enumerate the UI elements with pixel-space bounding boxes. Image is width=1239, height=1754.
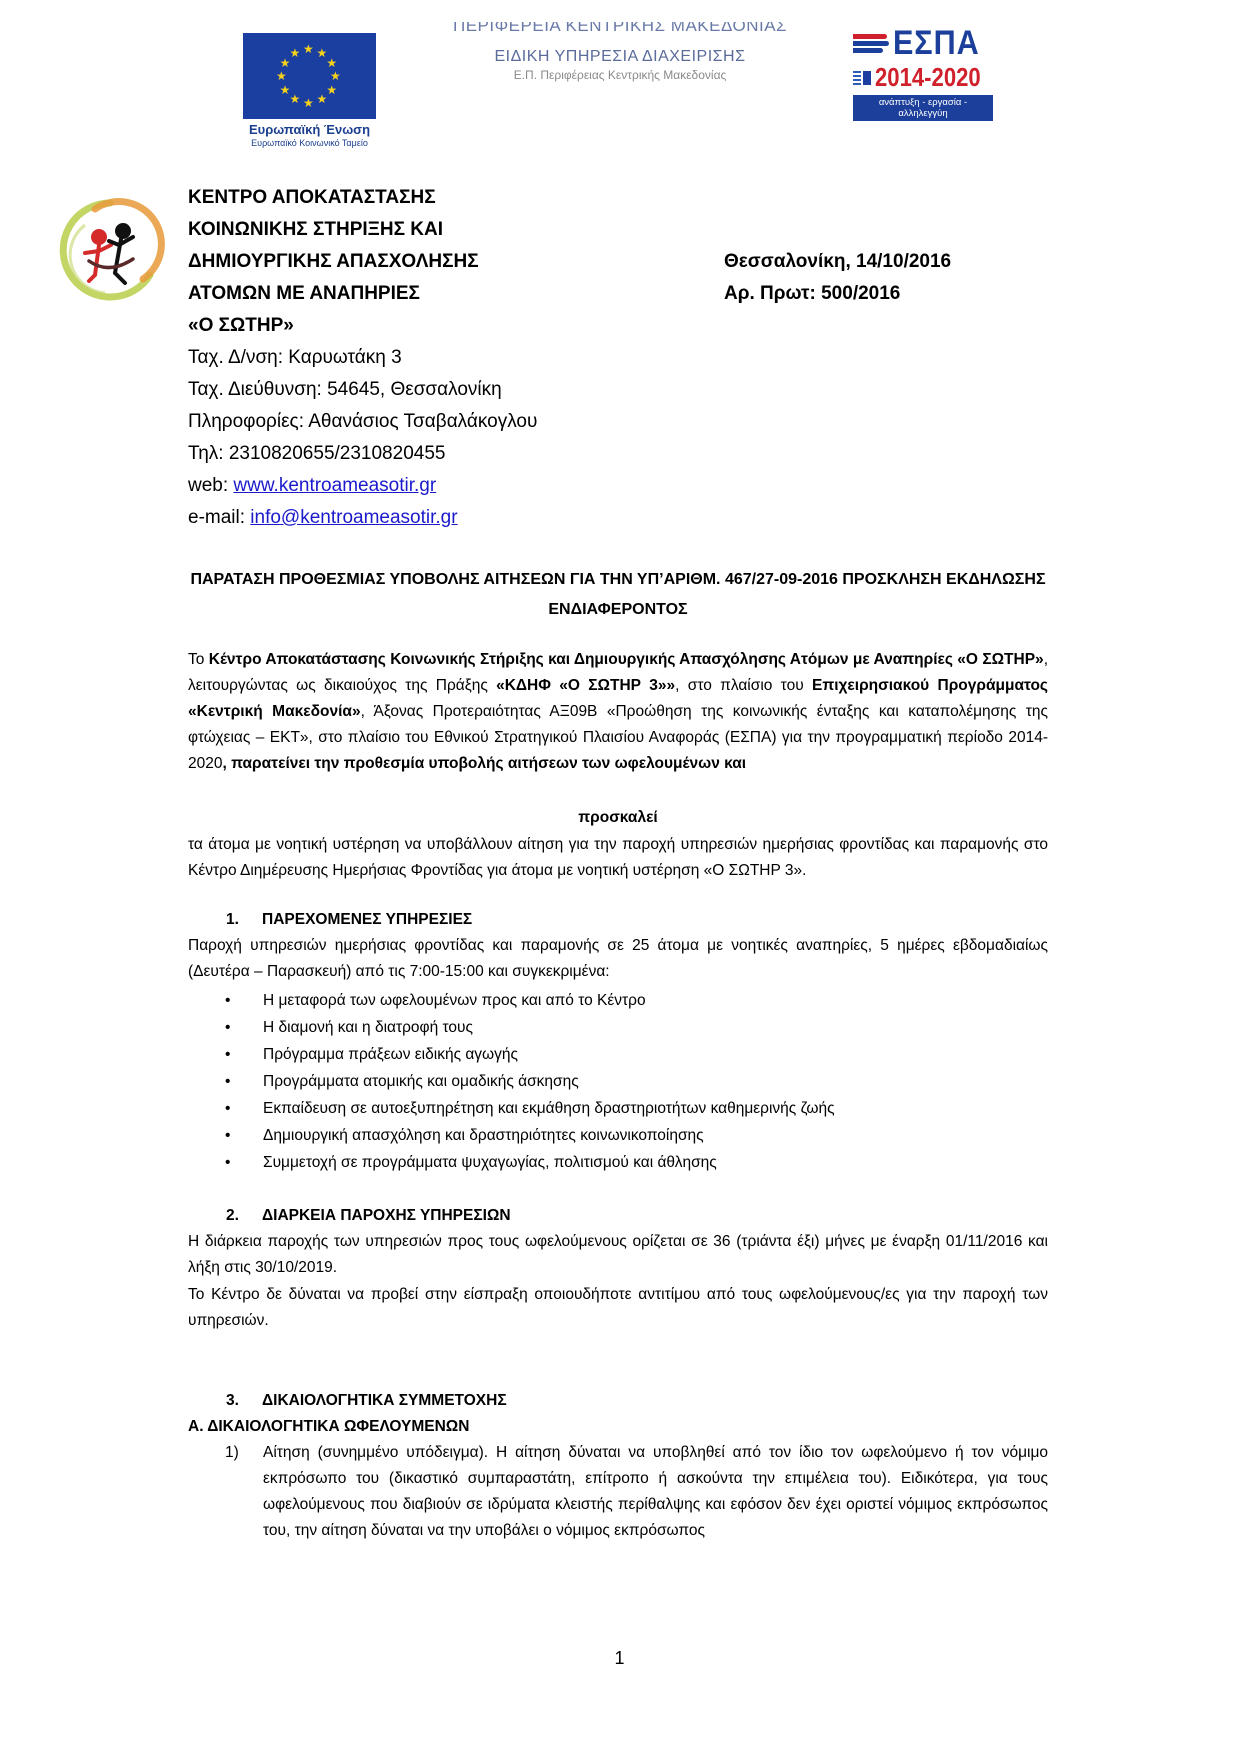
section-1-text: Παροχή υπηρεσιών ημερήσιας φροντίδας και… bbox=[188, 933, 1048, 985]
web-label: web: bbox=[188, 475, 233, 496]
list-item: •Εκπαίδευση σε αυτοεξυπηρέτηση και εκμάθ… bbox=[225, 1095, 1045, 1122]
list-item-text: Εκπαίδευση σε αυτοεξυπηρέτηση και εκμάθη… bbox=[263, 1100, 835, 1117]
section-number: 2. bbox=[188, 1203, 262, 1229]
section-title: ΠΑΡΕΧΟΜΕΝΕΣ ΥΠΗΡΕΣΙΕΣ bbox=[262, 911, 472, 928]
section-1-heading: 1.ΠΑΡΕΧΟΜΕΝΕΣ ΥΠΗΡΕΣΙΕΣ bbox=[188, 907, 1048, 933]
region-top-line: ΠΕΡΙΦΕΡΕΙΑ ΚΕΝΤΡΙΚΗΣ ΜΑΚΕΔΟΝΙΑΣ bbox=[430, 22, 810, 36]
page-number: 1 bbox=[0, 1648, 1239, 1669]
list-item-text: Η μεταφορά των ωφελουμένων προς και από … bbox=[263, 992, 646, 1009]
item-text: Αίτηση (συνημμένο υπόδειγμα). Η αίτηση δ… bbox=[263, 1440, 1048, 1544]
intro-text: Το bbox=[188, 651, 209, 668]
invite-word: προσκαλεί bbox=[188, 805, 1048, 831]
org-name-line: ΔΗΜΙΟΥΡΓΙΚΗΣ ΑΠΑΣΧΟΛΗΣΗΣ bbox=[188, 246, 537, 278]
bullet-icon: • bbox=[225, 1014, 230, 1041]
star-icon: ★ bbox=[326, 57, 337, 69]
services-list: •Η μεταφορά των ωφελουμένων προς και από… bbox=[225, 987, 1045, 1176]
star-icon: ★ bbox=[280, 84, 291, 96]
espa-title: ΕΣΠΑ bbox=[893, 24, 980, 63]
section-2-text: Η διάρκεια παροχής των υπηρεσιών προς το… bbox=[188, 1229, 1048, 1281]
org-phone: Τηλ: 2310820655/2310820455 bbox=[188, 438, 537, 470]
intro-project-name: «ΚΔΗΦ «Ο ΣΩΤΗΡ 3»» bbox=[496, 677, 675, 694]
list-item: •Η διαμονή και η διατροφή τους bbox=[225, 1014, 1045, 1041]
invite-text: τα άτομα με νοητική υστέρηση να υποβάλλο… bbox=[188, 832, 1048, 884]
eu-logo: ★★★★★★★★★★★★ Ευρωπαϊκή Ένωση Ευρωπαϊκό Κ… bbox=[243, 33, 376, 148]
star-icon: ★ bbox=[326, 84, 337, 96]
org-postal: Ταχ. Διεύθυνση: 54645, Θεσσαλονίκη bbox=[188, 374, 537, 406]
intro-extension-statement: , παρατείνει την προθεσμία υποβολής αιτή… bbox=[222, 755, 746, 772]
section-2-heading: 2.ΔΙΑΡΚΕΙΑ ΠΑΡΟΧΗΣ ΥΠΗΡΕΣΙΩΝ bbox=[188, 1203, 1048, 1229]
intro-paragraph: Το Κέντρο Αποκατάστασης Κοινωνικής Στήρι… bbox=[188, 647, 1048, 777]
bullet-icon: • bbox=[225, 1122, 230, 1149]
list-item-text: Συμμετοχή σε προγράμματα ψυχαγωγίας, πολ… bbox=[263, 1154, 717, 1171]
organization-logo-icon bbox=[55, 195, 165, 305]
org-name-line: ΚΟΙΝΩΝΙΚΗΣ ΣΤΗΡΙΞΗΣ ΚΑΙ bbox=[188, 214, 537, 246]
list-item: •Προγράμματα ατομικής και ομαδικής άσκησ… bbox=[225, 1068, 1045, 1095]
list-item: •Συμμετοχή σε προγράμματα ψυχαγωγίας, πο… bbox=[225, 1149, 1045, 1176]
region-sub-line: Ε.Π. Περιφέρειας Κεντρικής Μακεδονίας bbox=[430, 68, 810, 82]
org-name-line: ΑΤΟΜΩΝ ΜΕ ΑΝΑΠΗΡΙΕΣ bbox=[188, 278, 537, 310]
region-main-line: ΕΙΔΙΚΗ ΥΠΗΡΕΣΙΑ ΔΙΑΧΕΙΡΙΣΗΣ bbox=[430, 48, 810, 66]
item-number: 1) bbox=[225, 1440, 239, 1466]
numbered-item: 1) Αίτηση (συνημμένο υπόδειγμα). Η αίτησ… bbox=[225, 1440, 1048, 1544]
list-item-text: Δημιουργική απασχόληση και δραστηριότητε… bbox=[263, 1127, 704, 1144]
eu-flag-icon: ★★★★★★★★★★★★ bbox=[243, 33, 376, 119]
star-icon: ★ bbox=[303, 97, 314, 109]
document-title: ΠΑΡΑΤΑΣΗ ΠΡΟΘΕΣΜΙΑΣ ΥΠΟΒΟΛΗΣ ΑΙΤΗΣΕΩΝ ΓΙ… bbox=[188, 565, 1048, 625]
bullet-icon: • bbox=[225, 1041, 230, 1068]
star-icon: ★ bbox=[276, 70, 287, 82]
bullet-icon: • bbox=[225, 1095, 230, 1122]
eu-caption-sub: Ευρωπαϊκό Κοινωνικό Ταμείο bbox=[243, 138, 376, 148]
intro-text: , στο πλαίσιο του bbox=[675, 677, 812, 694]
star-icon: ★ bbox=[303, 43, 314, 55]
bullet-icon: • bbox=[225, 1149, 230, 1176]
subsection-a-heading: Α. ΔΙΚΑΙΟΛΟΓΗΤΙΚΑ ΩΦΕΛΟΥΜΕΝΩΝ bbox=[188, 1414, 1048, 1440]
list-item-text: Η διαμονή και η διατροφή τους bbox=[263, 1019, 473, 1036]
espa-waves-icon bbox=[853, 34, 891, 58]
section-title: ΔΙΑΡΚΕΙΑ ΠΑΡΟΧΗΣ ΥΠΗΡΕΣΙΩΝ bbox=[262, 1207, 511, 1224]
star-icon: ★ bbox=[330, 70, 341, 82]
intro-org-name: Κέντρο Αποκατάστασης Κοινωνικής Στήριξης… bbox=[209, 651, 1044, 668]
document-date: Θεσσαλονίκη, 14/10/2016 bbox=[724, 246, 951, 278]
list-item: •Η μεταφορά των ωφελουμένων προς και από… bbox=[225, 987, 1045, 1014]
espa-tagline: ανάπτυξη - εργασία - αλληλεγγύη bbox=[853, 95, 993, 121]
list-item: •Δημιουργική απασχόληση και δραστηριότητ… bbox=[225, 1122, 1045, 1149]
list-item-text: Προγράμματα ατομικής και ομαδικής άσκηση… bbox=[263, 1073, 579, 1090]
section-number: 3. bbox=[188, 1388, 262, 1414]
web-link[interactable]: www.kentroameasotir.gr bbox=[233, 475, 436, 496]
bullet-icon: • bbox=[225, 987, 230, 1014]
star-icon: ★ bbox=[290, 47, 301, 59]
email-label: e-mail: bbox=[188, 507, 250, 528]
espa-logo: ΕΣΠΑ 2014-2020 ανάπτυξη - εργασία - αλλη… bbox=[853, 30, 999, 121]
protocol-number: Αρ. Πρωτ: 500/2016 bbox=[724, 278, 951, 310]
date-block: Θεσσαλονίκη, 14/10/2016 Αρ. Πρωτ: 500/20… bbox=[724, 246, 951, 310]
section-title: ΔΙΚΑΙΟΛΟΓΗΤΙΚΑ ΣΥΜΜΕΤΟΧΗΣ bbox=[262, 1392, 507, 1409]
eu-caption-main: Ευρωπαϊκή Ένωση bbox=[243, 122, 376, 137]
star-icon: ★ bbox=[317, 93, 328, 105]
org-address: Ταχ. Δ/νση: Καρυωτάκη 3 bbox=[188, 342, 537, 374]
region-header: ΠΕΡΙΦΕΡΕΙΑ ΚΕΝΤΡΙΚΗΣ ΜΑΚΕΔΟΝΙΑΣ ΕΙΔΙΚΗ Υ… bbox=[430, 22, 810, 82]
list-item: •Πρόγραμμα πράξεων ειδικής αγωγής bbox=[225, 1041, 1045, 1068]
espa-years: 2014-2020 bbox=[875, 62, 981, 93]
org-name-line: ΚΕΝΤΡΟ ΑΠΟΚΑΤΑΣΤΑΣΗΣ bbox=[188, 182, 537, 214]
org-web-row: web: www.kentroameasotir.gr bbox=[188, 470, 537, 502]
eu-flag-small-icon bbox=[863, 71, 871, 85]
list-item-text: Πρόγραμμα πράξεων ειδικής αγωγής bbox=[263, 1046, 518, 1063]
org-name-line: «Ο ΣΩΤΗΡ» bbox=[188, 310, 537, 342]
bullet-icon: • bbox=[225, 1068, 230, 1095]
section-3-heading: 3.ΔΙΚΑΙΟΛΟΓΗΤΙΚΑ ΣΥΜΜΕΤΟΧΗΣ bbox=[188, 1388, 1048, 1414]
section-number: 1. bbox=[188, 907, 262, 933]
letterhead: ΚΕΝΤΡΟ ΑΠΟΚΑΤΑΣΤΑΣΗΣ ΚΟΙΝΩΝΙΚΗΣ ΣΤΗΡΙΞΗΣ… bbox=[188, 182, 537, 534]
org-email-row: e-mail: info@kentroameasotir.gr bbox=[188, 502, 537, 534]
star-icon: ★ bbox=[290, 93, 301, 105]
org-info: Πληροφορίες: Αθανάσιος Τσαβαλάκογλου bbox=[188, 406, 537, 438]
email-link[interactable]: info@kentroameasotir.gr bbox=[250, 507, 457, 528]
greek-flag-icon bbox=[853, 71, 861, 85]
section-2-text-fee: Το Κέντρο δε δύναται να προβεί στην είσπ… bbox=[188, 1282, 1048, 1334]
